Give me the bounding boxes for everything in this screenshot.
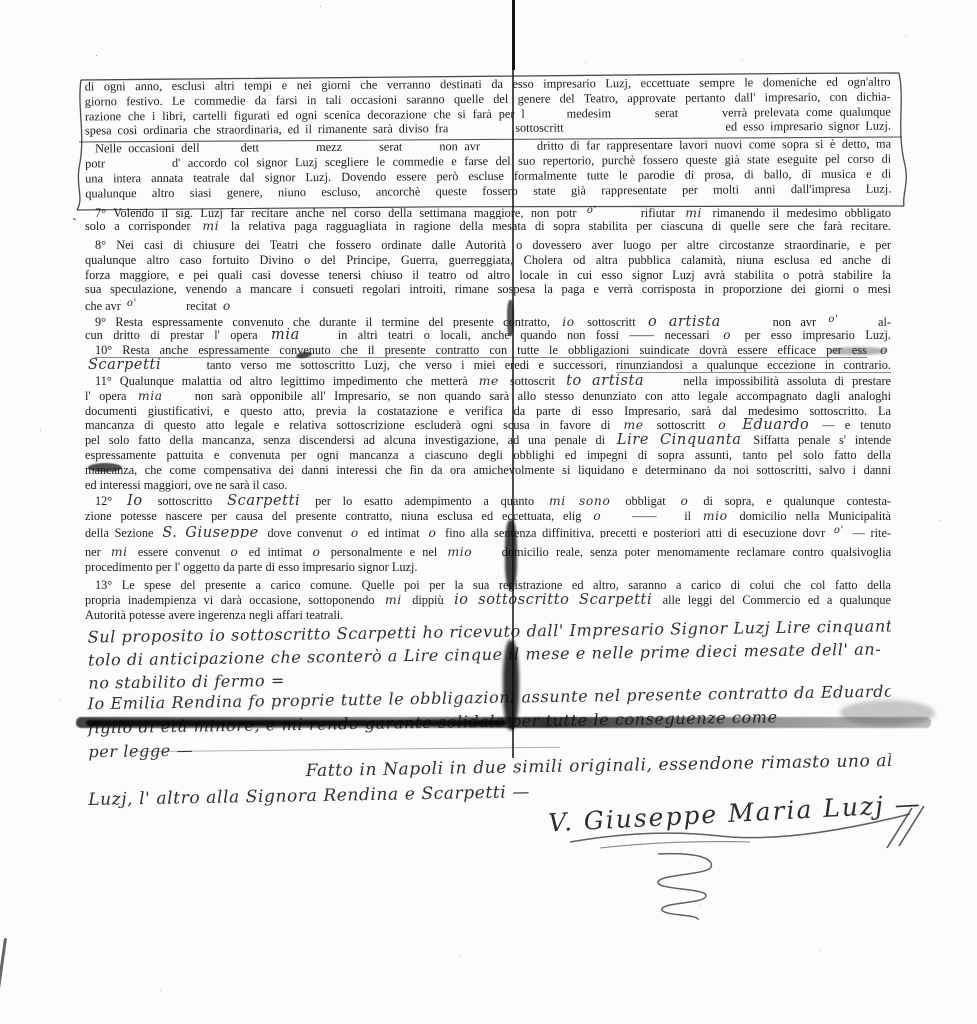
printed-text: verrà prelevata come qualunque [722,104,891,119]
paragraph-c12: 12° Io sottoscritto Scarpetti per lo esa… [85,494,891,575]
printed-text: Autorità potesse avere ingerenza negli a… [85,608,343,622]
text-line: l' opera mia non sarà opponibile all' Im… [85,389,891,404]
printed-text: sottoscritt [657,418,706,432]
form-blank-space [313,338,327,339]
printed-text: per lo esatto adempimento a quanto [315,494,534,508]
printed-text: rimanendo il medesimo obbligato [712,206,891,219]
text-line: propria inadempienza vi darà occasione, … [85,593,891,608]
handwritten-text: Lire Cinquanta [614,433,745,448]
handwritten-text: S. Giuseppe [159,525,262,539]
printed-text: solo a corrisponder [85,219,191,233]
handwritten-text: mi [108,545,131,559]
printed-text: ed intimat [368,526,420,539]
text-line: ner mi essere convenut o ed intimat o pe… [85,545,891,560]
form-blank-space [618,116,648,117]
handwritten-text: o [220,299,234,312]
fold-ink-blob [507,300,514,336]
handwritten-text: o' [831,525,847,536]
printed-text: ed intimat [249,545,303,559]
printed-text: in altri teatri o locali, anche quando n… [338,328,619,342]
handwritten-text: mi [382,593,405,607]
printed-text: nella impossibilità assoluta di prestare [683,374,891,388]
printed-text: documenti giustificativi, e questo atto,… [85,404,891,418]
text-line: qualunque altro caso fortuito Divino o d… [85,253,891,268]
form-blank-space [206,151,234,152]
handwritten-text: Io [124,494,146,509]
printed-text: 9° Resta espressamente convenuto che dur… [95,315,550,328]
handwritten-text: Luzj, l' altro alla Signora Rendina e Sc… [85,782,533,810]
text-line: 7° Volendo il sig. Luzj far recitare anc… [85,204,891,219]
printed-text: serat [379,140,402,154]
printed-text: al- [878,315,891,328]
printed-text: rinunziandosi a qualunque eccezione in c… [616,358,891,373]
form-blank-space [655,384,675,385]
ink-smudge [828,347,888,355]
printed-text: 10° Resta anche espressamente convenuto … [95,343,867,358]
form-blank-space [173,368,197,369]
text-line: della Sezione S. Giuseppe dove convenut … [85,524,891,539]
printed-text: alle leggi del Commercio ed a qualunque [663,593,891,607]
text-line: pel solo fatto della mancanza, senza dis… [85,433,891,448]
handwritten-text: mi [199,219,222,233]
printed-text: essere convenut [138,545,220,559]
printed-text: necessari [665,328,710,342]
scan-noise-specks [0,0,1,1]
text-line: cun dritto di prestar l' opera mia in al… [85,328,891,343]
form-blank-space [733,325,763,326]
handwritten-text: o [348,526,362,539]
text-line: solo a corrisponder mi la relativa paga … [85,219,891,234]
form-blank-space [607,216,633,217]
text-line: procedimento per l' oggetto da parte di … [85,560,891,575]
handwritten-text: o [677,494,691,508]
handwritten-text: to artista [563,374,647,389]
text-line: sua speculazione, venendo a mancare i co… [85,282,891,297]
printed-text: domicilio reale, senza poter menomamente… [502,545,891,559]
form-blank-space [851,325,869,326]
printed-text: ed interessi maggiori, ove ne sarà il ca… [85,478,288,492]
printed-text: personalmente e nel [331,545,438,559]
handwritten-text: Scarpetti [85,358,164,373]
printed-text: forza maggiore, e pei quali casi dovesse… [85,268,891,282]
text-line: 9° Resta espressamente convenuto che dur… [85,313,891,328]
printed-text: dippiù [412,593,443,607]
form-blank-space [349,150,373,151]
printed-text: dritto di far rappresentare lavori nuovi… [537,137,891,153]
handwritten-text: mio [700,509,731,523]
printed-text: serat [655,105,678,119]
handwritten-text: o' [584,205,600,216]
printed-text: ner [85,545,101,559]
vertical-fold-top [512,0,515,70]
printed-text: della Sezione [85,526,154,539]
handwritten-text: mi sono [546,494,614,508]
printed-text: fino alla sentenza diffinitiva, precetti… [445,526,825,539]
paragraph-c10: 10° Resta anche espressamente convenuto … [85,343,891,373]
text-line: documenti giustificativi, e questo atto,… [85,404,891,419]
printed-text: spesa così ordinaria che straordinaria, … [85,122,448,138]
paragraph-boxed: di ogni anno, esclusi altri tempi e nei … [85,75,892,201]
text-line: 11° Qualunque malattia od altro legittim… [85,374,891,389]
handwritten-text: o [227,545,241,559]
printed-text: razione che i libri, cartelli figurati e… [85,106,525,123]
printed-text: —— [630,328,655,342]
printed-text: Nelle occasioni dell [95,141,200,156]
printed-text: non sarà opponibile all' Impresario, se … [195,389,891,403]
printed-text: 13° Le spese del presente a carico comun… [95,578,891,592]
printed-text: che avr [85,299,121,312]
form-blank-space [112,166,164,167]
signature-flourish-icon [540,790,970,925]
handwritten-text: me [620,418,646,432]
printed-text: propria inadempienza vi darà occasione, … [85,593,375,607]
handwritten-text: io [559,315,578,328]
scanned-contract-page: di ogni anno, esclusi altri tempi e nei … [0,0,977,1024]
handwritten-text: o artista [645,314,724,328]
printed-text: medesim [567,106,611,120]
handwritten-text: o [590,509,604,523]
text-line: zione potesse nascere per causa del pres… [85,509,891,524]
ink-blot [88,463,122,472]
handwritten-text: mia [268,328,303,343]
text-line: 8° Nei casi di chiusure dei Teatri che f… [85,238,891,253]
printed-text: mancanza, che come compensativa dei dann… [85,463,891,477]
printed-text: domicilio nella Municipalità [739,509,891,523]
printed-text: tanto verso me sottoscritto Luzj, che ve… [207,358,607,372]
paragraph-c11: 11° Qualunque malattia od altro legittim… [85,374,891,492]
form-blank-space [143,309,183,310]
horizontal-fold-smear-tail [840,700,935,726]
printed-text: potr [85,156,105,170]
handwritten-text: mi [682,206,705,219]
printed-text: il [684,509,691,523]
handwritten-text: mio [444,545,475,559]
form-blank-space [685,115,715,116]
text-line: mancanza, che come compensativa dei dann… [85,463,891,478]
text-line: che avr o' recitat o [85,297,891,312]
horizontal-fold-smear-core [86,720,506,726]
text-line: mancanza di questo atto legale e relativ… [85,418,891,433]
printed-text: dove convenut [268,526,343,539]
printed-text: Siffatta penale s' intende [753,433,891,447]
printed-text: espressamente pattuita e convenuta per o… [85,448,891,462]
printed-text: non avr [773,315,816,328]
printed-text: sottoscritt [515,121,564,135]
form-blank-space [266,150,310,151]
form-blank-space [613,519,623,520]
handwritten-text: o' [124,298,140,309]
handwritten-text: io sottoscritto Scarpetti [451,593,655,608]
text-line: forza maggiore, e pei quali casi dovesse… [85,268,891,283]
printed-text: procedimento per l' oggetto da parte di … [85,560,417,574]
handwritten-text: me [476,374,502,388]
printed-text: 12° [95,494,112,508]
printed-text: cun dritto di prestar l' opera [85,328,258,342]
printed-text: pel solo fatto della mancanza, senza dis… [85,433,605,447]
printed-text: 7° Volendo il sig. Luzj far recitare anc… [95,206,577,219]
printed-text: rifiutar [641,206,675,219]
printed-text: l' opera [85,389,126,403]
text-line: 13° Le spese del presente a carico comun… [85,578,891,593]
page-edge-mark [0,938,7,996]
form-blank-space [454,131,509,132]
handwritten-text: o [309,545,323,559]
printed-text: sua speculazione, venendo a mancare i co… [85,282,891,296]
printed-text: — rite- [853,526,891,539]
printed-text: ed esso impresario signor Luzj. [725,119,890,134]
printed-text: recitat [186,299,217,312]
printed-text: sottoscritto [158,494,213,508]
printed-text: non avr [439,139,480,153]
handwritten-text: o [715,418,729,432]
text-line: Scarpetti tanto verso me sottoscritto Lu… [85,358,891,373]
printed-text: —— [632,509,657,523]
text-line: espressamente pattuita e convenuta per o… [85,448,891,463]
printed-text: sottoscrit [510,374,555,388]
form-blank-space [174,399,186,400]
printed-text: obbligat [625,494,665,508]
form-blank-space [487,149,531,150]
handwritten-text: o [720,328,734,342]
form-blank-space [570,130,720,132]
printed-text: per esso impresario Luzj. [745,328,891,342]
handwritten-text: Eduardo [739,418,812,433]
paragraph-c7: 7° Volendo il sig. Luzj far recitare anc… [85,204,891,234]
printed-text: qualunque altro caso fortuito Divino o d… [85,253,891,267]
form-blank-space [532,116,560,117]
text-line: ed interessi maggiori, ove ne sarà il ca… [85,478,891,493]
text-line: 10° Resta anche espressamente convenuto … [85,343,891,358]
handwritten-text: o' [825,314,841,325]
printed-text: 11° Qualunque malattia od altro legittim… [95,374,468,388]
paragraph-c8: 8° Nei casi di chiusure dei Teatri che f… [85,238,891,312]
printed-text: la relativa paga ragguagliata in ragione… [231,219,891,233]
fold-ink-blob [505,520,517,590]
printed-text: dett [241,141,260,155]
form-blank-space [409,150,433,151]
printed-text: 8° Nei casi di chiusure dei Teatri che f… [95,238,891,252]
printed-text: sottoscritt [587,315,636,328]
printed-text: zione potesse nascere per causa del pres… [85,509,581,523]
form-blank-space [665,519,675,520]
form-blank-space [482,555,494,556]
text-line: 12° Io sottoscritto Scarpetti per lo esa… [85,494,891,509]
handwritten-text: o [425,526,439,539]
handwritten-text: Scarpetti [224,494,303,509]
printed-text: mezz [316,140,342,154]
printed-text: — e tenuto [822,418,891,432]
paragraph-c9: 9° Resta espressamente convenuto che dur… [85,313,891,343]
printed-text: mancanza di questo atto legale e relativ… [85,418,610,432]
handwritten-text: mia [135,389,166,403]
printed-text: di sopra, e qualunque contesta- [703,494,891,508]
